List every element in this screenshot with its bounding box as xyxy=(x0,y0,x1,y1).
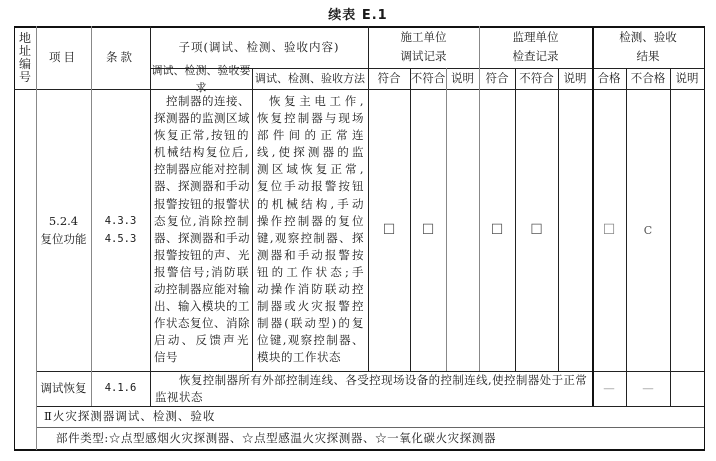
debug-recovery-acceptance-pass[interactable]: — xyxy=(592,371,626,406)
text-line: 部件间的正常连 xyxy=(257,127,364,144)
header-construction-group: 施工单位 调试记录 xyxy=(368,26,479,68)
reset-item: 5.2.4 复位功能 xyxy=(36,89,91,371)
text-line: 器、探测器和手动 xyxy=(154,178,249,195)
text-line: 控制器的连接、 xyxy=(154,93,249,110)
text-line: 控制器应能对控制 xyxy=(154,161,249,178)
reset-construction-note[interactable] xyxy=(446,89,479,371)
reset-supervision-fail-checkbox[interactable]: ☐ xyxy=(515,89,558,371)
header-split-line xyxy=(150,68,704,69)
header-char: 编 xyxy=(19,58,31,71)
reset-acceptance-fail-mark[interactable]: C xyxy=(626,89,670,371)
header-line: 检测、验收 xyxy=(619,28,677,47)
col-line-address xyxy=(36,26,37,450)
text-line: 键,观察控制器、探 xyxy=(257,230,364,247)
header-bottom-line xyxy=(14,89,705,90)
header-supervision-note: 说明 xyxy=(558,68,592,89)
text-line: 态复位,消除控制 xyxy=(154,213,249,230)
text-line: 恢复正常,按钮的 xyxy=(154,127,249,144)
text-line: 作状态复位、消除 xyxy=(154,315,249,332)
header-line: 监理单位 xyxy=(513,28,559,47)
text-line: 动操作消防联动控 xyxy=(257,281,364,298)
col-line-a1 xyxy=(626,68,627,406)
col-line-c1 xyxy=(410,68,411,371)
debug-recovery-acceptance-note[interactable] xyxy=(670,371,704,406)
text-line: 操作控制器的复位 xyxy=(257,213,364,230)
text-line: 恢复控制器所有外部控制连线、各受控现场设备的控制连线,使控制器处于正常 xyxy=(155,372,587,389)
item-name: 复位功能 xyxy=(41,230,87,248)
col-line-subitem xyxy=(368,26,369,371)
debug-recovery-content: 恢复控制器所有外部控制连线、各受控现场设备的控制连线,使控制器处于正常 监视状态 xyxy=(155,372,587,406)
col-line-clause xyxy=(150,26,151,406)
header-supervision-pass: 符合 xyxy=(479,68,515,89)
header-line: 结果 xyxy=(637,47,660,66)
header-char: 址 xyxy=(19,45,31,58)
header-acceptance-note: 说明 xyxy=(670,68,704,89)
text-line: 位键,观察控制器、 xyxy=(257,332,364,349)
row-line-section-bottom xyxy=(36,427,704,428)
col-line-requirement xyxy=(252,68,253,371)
text-line: 测器和手动报警按 xyxy=(257,247,364,264)
item-number: 5.2.4 xyxy=(49,212,78,230)
reset-method-text: 恢复主电工作, 恢复控制器与现场 部件间的正常连 线,使探测器的监 测区域恢复正… xyxy=(257,93,364,367)
reset-acceptance-note[interactable] xyxy=(670,89,704,371)
header-method: 调试、检测、验收方法 xyxy=(252,68,368,89)
text-line: 的机械结构,手动 xyxy=(257,196,364,213)
header-acceptance-pass: 合格 xyxy=(592,68,626,89)
table-border-top xyxy=(14,26,705,28)
header-requirement: 调试、检测、验收要求 xyxy=(150,68,252,89)
text-line: 器、探测器和手动 xyxy=(154,230,249,247)
col-line-construction xyxy=(479,26,480,371)
clause-ref: 4.3.3 xyxy=(105,212,137,230)
text-line: 报警按钮的声、光 xyxy=(154,247,249,264)
text-line: 探测器的监测区域 xyxy=(154,110,249,127)
header-item: 项目 xyxy=(36,26,91,89)
clause-ref: 4.5.3 xyxy=(105,230,137,248)
text-line: 恢复主电工作, xyxy=(257,93,364,110)
debug-recovery-acceptance-fail[interactable]: — xyxy=(626,371,670,406)
text-line: 模块的工作状态 xyxy=(257,349,364,366)
text-line: 钮的工作状态;手 xyxy=(257,264,364,281)
reset-construction-fail-checkbox[interactable]: ☐ xyxy=(410,89,446,371)
reset-clauses: 4.3.3 4.5.3 xyxy=(91,89,150,371)
debug-recovery-clause: 4.1.6 xyxy=(91,371,150,406)
header-clause: 条款 xyxy=(91,26,150,89)
header-construction-note: 说明 xyxy=(446,68,479,89)
text-line: 报警信号;消防联 xyxy=(154,264,249,281)
header-acceptance-group: 检测、验收 结果 xyxy=(592,26,704,68)
header-supervision-fail: 不符合 xyxy=(515,68,558,89)
text-line: 复位手动报警按钮 xyxy=(257,178,364,195)
text-line: 启动、反馈声光 xyxy=(154,332,249,349)
header-line: 施工单位 xyxy=(401,28,447,47)
row-line-reset-bottom xyxy=(36,371,704,372)
text-line: 出、输入模块的工 xyxy=(154,298,249,315)
text-line: 报警按钮的报警状 xyxy=(154,196,249,213)
col-line-s2 xyxy=(558,68,559,371)
header-construction-pass: 符合 xyxy=(368,68,410,89)
header-acceptance-fail: 不合格 xyxy=(626,68,670,89)
header-line: 检查记录 xyxy=(513,47,559,66)
header-char: 地 xyxy=(19,32,31,45)
header-supervision-group: 监理单位 检查记录 xyxy=(479,26,592,68)
debug-recovery-item: 调试恢复 xyxy=(36,371,91,406)
text-line: 制器或火灾报警控 xyxy=(257,298,364,315)
reset-construction-pass-checkbox[interactable]: ☐ xyxy=(368,89,410,371)
header-construction-fail: 不符合 xyxy=(410,68,446,89)
text-line: 恢复控制器与现场 xyxy=(257,110,364,127)
text-line: 制器(联动型)的复 xyxy=(257,315,364,332)
table-border-bottom xyxy=(14,449,705,451)
col-line-a2 xyxy=(670,68,671,406)
header-char: 号 xyxy=(19,71,31,84)
text-line: 线,使探测器的监 xyxy=(257,144,364,161)
col-line-c2 xyxy=(446,68,447,371)
reset-supervision-note[interactable] xyxy=(558,89,592,371)
col-line-supervision xyxy=(592,26,594,406)
header-address-no: 地 址 编 号 xyxy=(14,26,36,89)
section-ii-heading: Ⅱ火灾探测器调试、检测、验收 xyxy=(44,406,684,427)
header-line: 调试记录 xyxy=(401,47,447,66)
text-line: 动控制器应能对输 xyxy=(154,281,249,298)
table-title: 续表 E.1 xyxy=(0,4,716,23)
text-line: 监视状态 xyxy=(155,389,587,406)
component-types: 部件类型:☆点型感烟火灾探测器、☆点型感温火灾探测器、☆一氧化碳火灾探测器 xyxy=(56,427,696,449)
col-line-item xyxy=(91,26,92,406)
reset-requirement-text: 控制器的连接、 探测器的监测区域 恢复正常,按钮的 机械结构复位后, 控制器应能… xyxy=(154,93,249,367)
reset-acceptance-pass-checkbox[interactable]: ☐ xyxy=(592,89,626,371)
row-line-debug-bottom xyxy=(36,406,704,407)
col-line-s1 xyxy=(515,68,516,371)
text-line: 机械结构复位后, xyxy=(154,144,249,161)
text-line: 信号 xyxy=(154,349,249,366)
reset-supervision-pass-checkbox[interactable]: ☐ xyxy=(479,89,515,371)
text-line: 测区域恢复正常, xyxy=(257,161,364,178)
